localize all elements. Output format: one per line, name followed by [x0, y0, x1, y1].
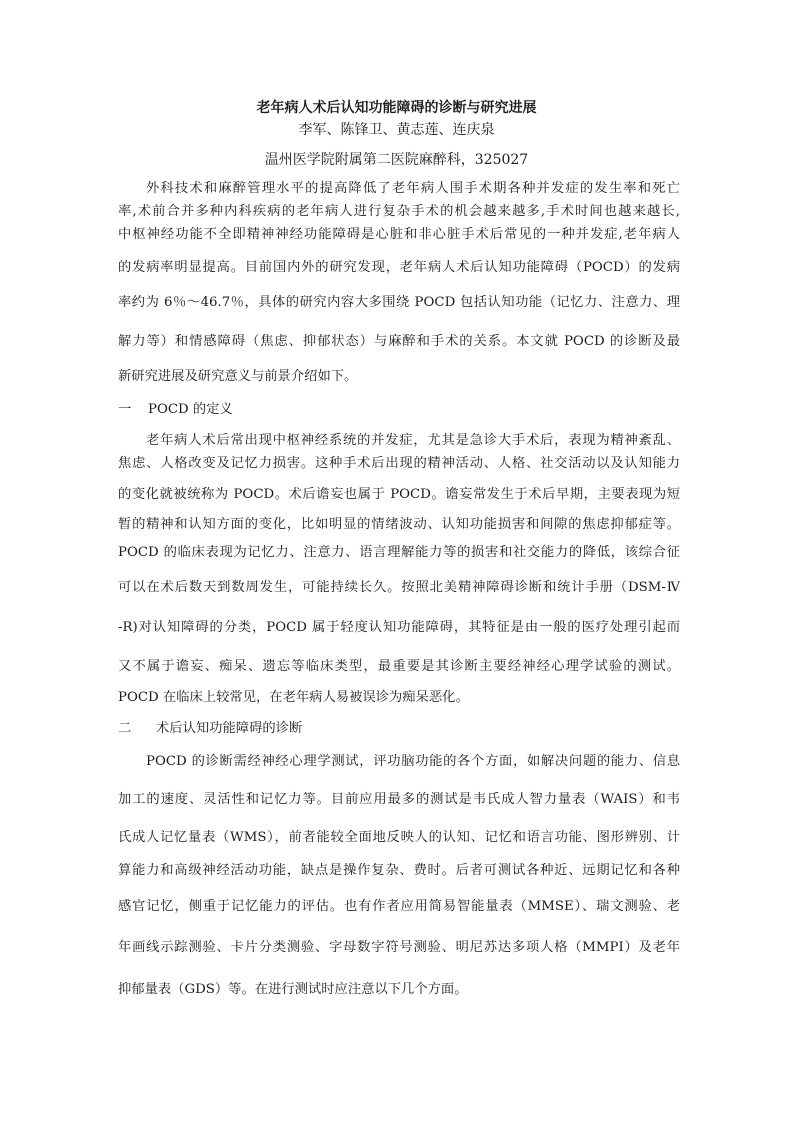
text-line: 率,术前合并多种内科疾病的老年病人进行复杂手术的机会越来越多,手术时间也越来越长…: [118, 203, 680, 221]
text-line: 加工的速度、灵活性和记忆力等。目前应用最多的测试是韦氏成人智力量表（WAIS）和…: [118, 791, 680, 809]
section-number: 二: [118, 720, 156, 738]
section-title: 术后认知功能障碍的诊断: [156, 721, 302, 736]
text-line: 又不属于谵妄、痴呆、遗忘等临床类型，最重要是其诊断主要经神经心理学试验的测试。: [118, 658, 680, 676]
text-line: 新研究进展及研究意义与前景介绍如下。: [118, 368, 680, 386]
section-number: 一: [118, 401, 148, 419]
text-line: 年画线示踪测验、卡片分类测验、字母数字符号测验、明尼苏达多项人格（MMPI）及老…: [118, 939, 680, 957]
author-list: 李军、陈锋卫、黄志莲、连庆泉: [0, 119, 793, 139]
text-line: 氏成人记忆量表（WMS），前者能较全面地反映人的认知、记忆和语言功能、图形辨别、…: [118, 829, 680, 847]
text-line: POCD 的临床表现为记忆力、注意力、语言理解能力等的损害和社交能力的降低，该综…: [118, 544, 680, 562]
text-line: 抑郁量表（GDS）等。在进行测试时应注意以下几个方面。: [118, 981, 680, 999]
text-line: 暂的精神和认知方面的变化，比如明显的情绪波动、认知功能损害和间隙的焦虑抑郁症等。: [118, 516, 680, 534]
text-line: 可以在术后数天到数周发生，可能持续长久。按照北美精神障碍诊断和统计手册（DSM-…: [118, 579, 680, 597]
section-title: POCD 的定义: [148, 402, 233, 417]
text-line: 焦虑、人格改变及记忆力损害。这种手术后出现的精神活动、人格、社交活动以及认知能力: [118, 455, 680, 473]
affiliation: 温州医学院附属第二医院麻醉科，325027: [0, 149, 793, 169]
text-line: 老年病人术后常出现中枢神经系统的并发症，尤其是急诊大手术后，表现为精神紊乱、: [146, 432, 680, 450]
text-line: POCD 的诊断需经神经心理学测试，评功脑功能的各个方面，如解决问题的能力、信息: [146, 753, 680, 771]
text-line: -R)对认知障碍的分类，POCD 属于轻度认知功能障碍，其特征是由一般的医疗处理…: [118, 619, 680, 637]
paper-title: 老年病人术后认知功能障碍的诊断与研究进展: [0, 97, 793, 117]
text-line: 率约为 6％～46.7％，具体的研究内容大多围绕 POCD 包括认知功能（记忆力…: [118, 294, 680, 312]
text-line: 中枢神经功能不全即精神神经功能障碍是心脏和非心脏手术后常见的一种并发症,老年病人: [118, 226, 680, 244]
text-line: 算能力和高级神经活动功能，缺点是操作复杂、费时。后者可测试各种近、远期记忆和各种: [118, 862, 680, 880]
text-line: 的发病率明显提高。目前国内外的研究发现，老年病人术后认知功能障碍（POCD）的发…: [118, 259, 680, 277]
text-line: POCD 在临床上较常见，在老年病人易被误诊为痴呆恶化。: [118, 689, 680, 707]
text-line: 外科技术和麻醉管理水平的提高降低了老年病人围手术期各种并发症的发生率和死亡: [146, 180, 680, 198]
section-heading-1: 一POCD 的定义: [118, 401, 233, 419]
text-line: 解力等）和情感障碍（焦虑、抑郁状态）与麻醉和手术的关系。本文就 POCD 的诊断…: [118, 333, 680, 351]
section-heading-2: 二术后认知功能障碍的诊断: [118, 720, 302, 738]
text-line: 感官记忆，侧重于记忆能力的评估。也有作者应用简易智能量表（MMSE）、瑞文测验、…: [118, 898, 680, 916]
text-line: 的变化就被统称为 POCD。术后谵妄也属于 POCD。谵妄常发生于术后早期，主要…: [118, 486, 680, 504]
